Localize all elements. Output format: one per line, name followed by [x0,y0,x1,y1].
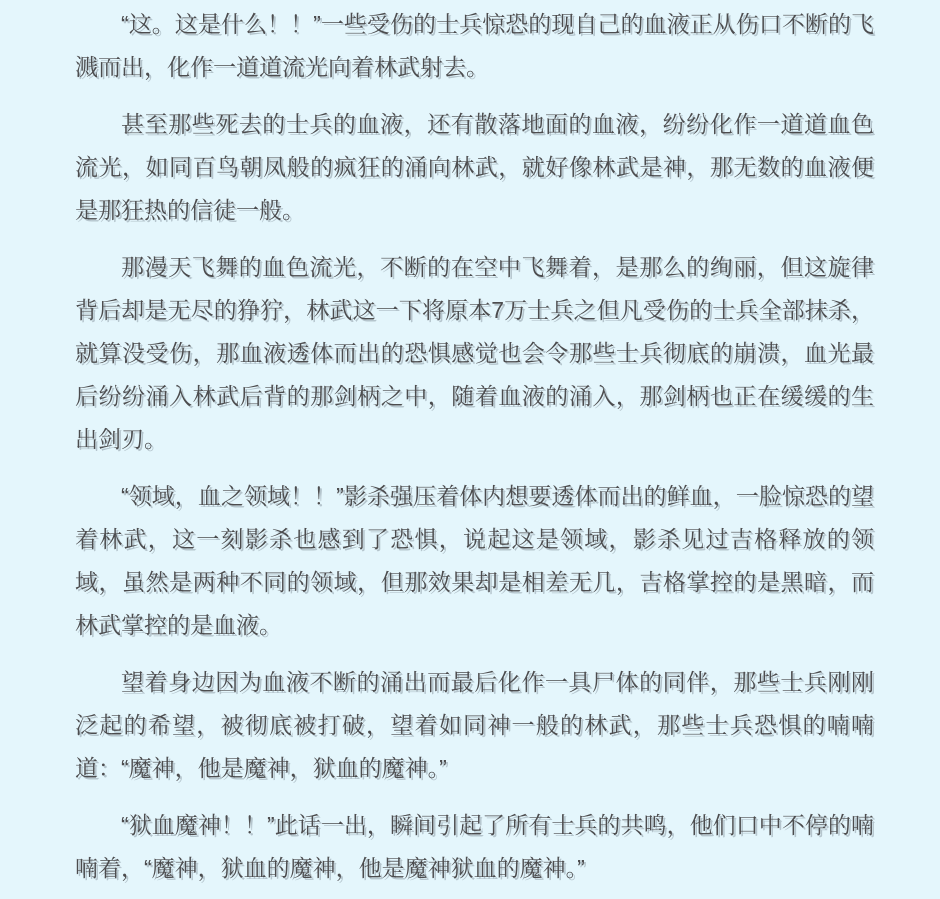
novel-chapter-text: “这。这是什么！！”一些受伤的士兵惊恐的现自己的血液正从伤口不断的飞溅而出，化作… [0,0,940,890]
paragraph-3: 那漫天飞舞的血色流光，不断的在空中飞舞着，是那么的绚丽，但这旋律背后却是无尽的狰… [75,246,874,461]
paragraph-2: 甚至那些死去的士兵的血液，还有散落地面的血液，纷纷化作一道道血色流光，如同百鸟朝… [75,103,874,232]
paragraph-1: “这。这是什么！！”一些受伤的士兵惊恐的现自己的血液正从伤口不断的飞溅而出，化作… [75,3,874,89]
paragraph-4: “领域，血之领域！！”影杀强压着体内想要透体而出的鲜血，一脸惊恐的望着林武，这一… [75,475,874,647]
paragraph-5: 望着身边因为血液不断的涌出而最后化作一具尸体的同伴，那些士兵刚刚泛起的希望，被彻… [75,661,874,790]
paragraph-6: “狱血魔神！！”此话一出，瞬间引起了所有士兵的共鸣，他们口中不停的喃喃着，“魔神… [75,804,874,890]
